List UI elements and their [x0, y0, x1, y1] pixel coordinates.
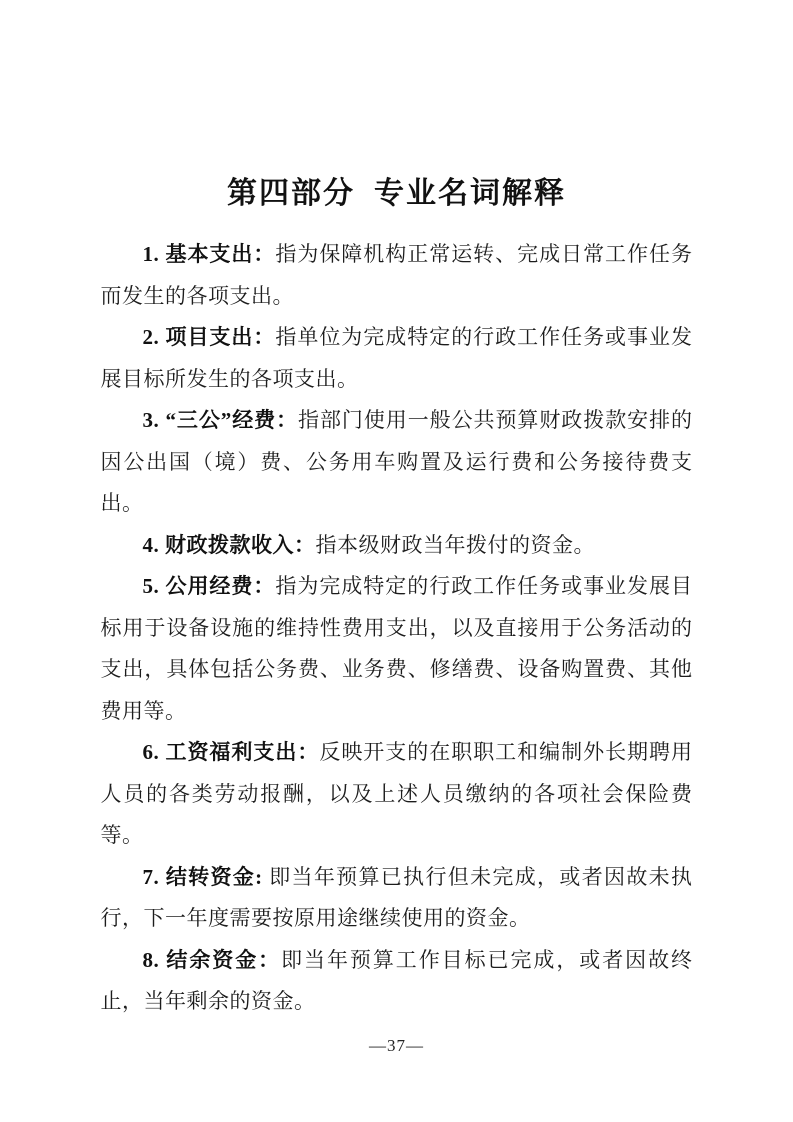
page-title: 第四部分 专业名词解释 [0, 0, 793, 212]
definition-item-2: 2. 项目支出：指单位为完成特定的行政工作任务或事业发展目标所发生的各项支出。 [101, 317, 693, 400]
definition-item-5: 5. 公用经费：指为完成特定的行政工作任务或事业发展目标用于设备设施的维持性费用… [101, 566, 693, 732]
term-label: 3. “三公”经费： [143, 408, 299, 432]
definition-item-1: 1. 基本支出：指为保障机构正常运转、完成日常工作任务而发生的各项支出。 [101, 234, 693, 317]
term-label: 4. 财政拨款收入： [143, 533, 316, 557]
definition-item-4: 4. 财政拨款收入：指本级财政当年拨付的资金。 [101, 525, 693, 567]
term-label: 2. 项目支出： [143, 325, 276, 349]
definitions-list: 1. 基本支出：指为保障机构正常运转、完成日常工作任务而发生的各项支出。 2. … [101, 234, 693, 1023]
term-definition: 指本级财政当年拨付的资金。 [316, 533, 596, 557]
definition-item-6: 6. 工资福利支出：反映开支的在职职工和编制外长期聘用人员的各类劳动报酬，以及上… [101, 732, 693, 857]
term-label: 7. 结转资金: [143, 865, 270, 889]
definition-item-3: 3. “三公”经费：指部门使用一般公共预算财政拨款安排的因公出国（境）费、公务用… [101, 400, 693, 525]
definition-item-8: 8. 结余资金：即当年预算工作目标已完成，或者因故终止，当年剩余的资金。 [101, 940, 693, 1023]
term-label: 6. 工资福利支出： [143, 740, 320, 764]
term-label: 1. 基本支出： [143, 242, 276, 266]
term-label: 5. 公用经费： [143, 574, 276, 598]
page-number: —37— [0, 1036, 793, 1056]
definition-item-7: 7. 结转资金: 即当年预算已执行但未完成，或者因故未执行，下一年度需要按原用途… [101, 857, 693, 940]
term-label: 8. 结余资金： [143, 948, 282, 972]
document-page: 第四部分 专业名词解释 1. 基本支出：指为保障机构正常运转、完成日常工作任务而… [0, 0, 793, 1122]
